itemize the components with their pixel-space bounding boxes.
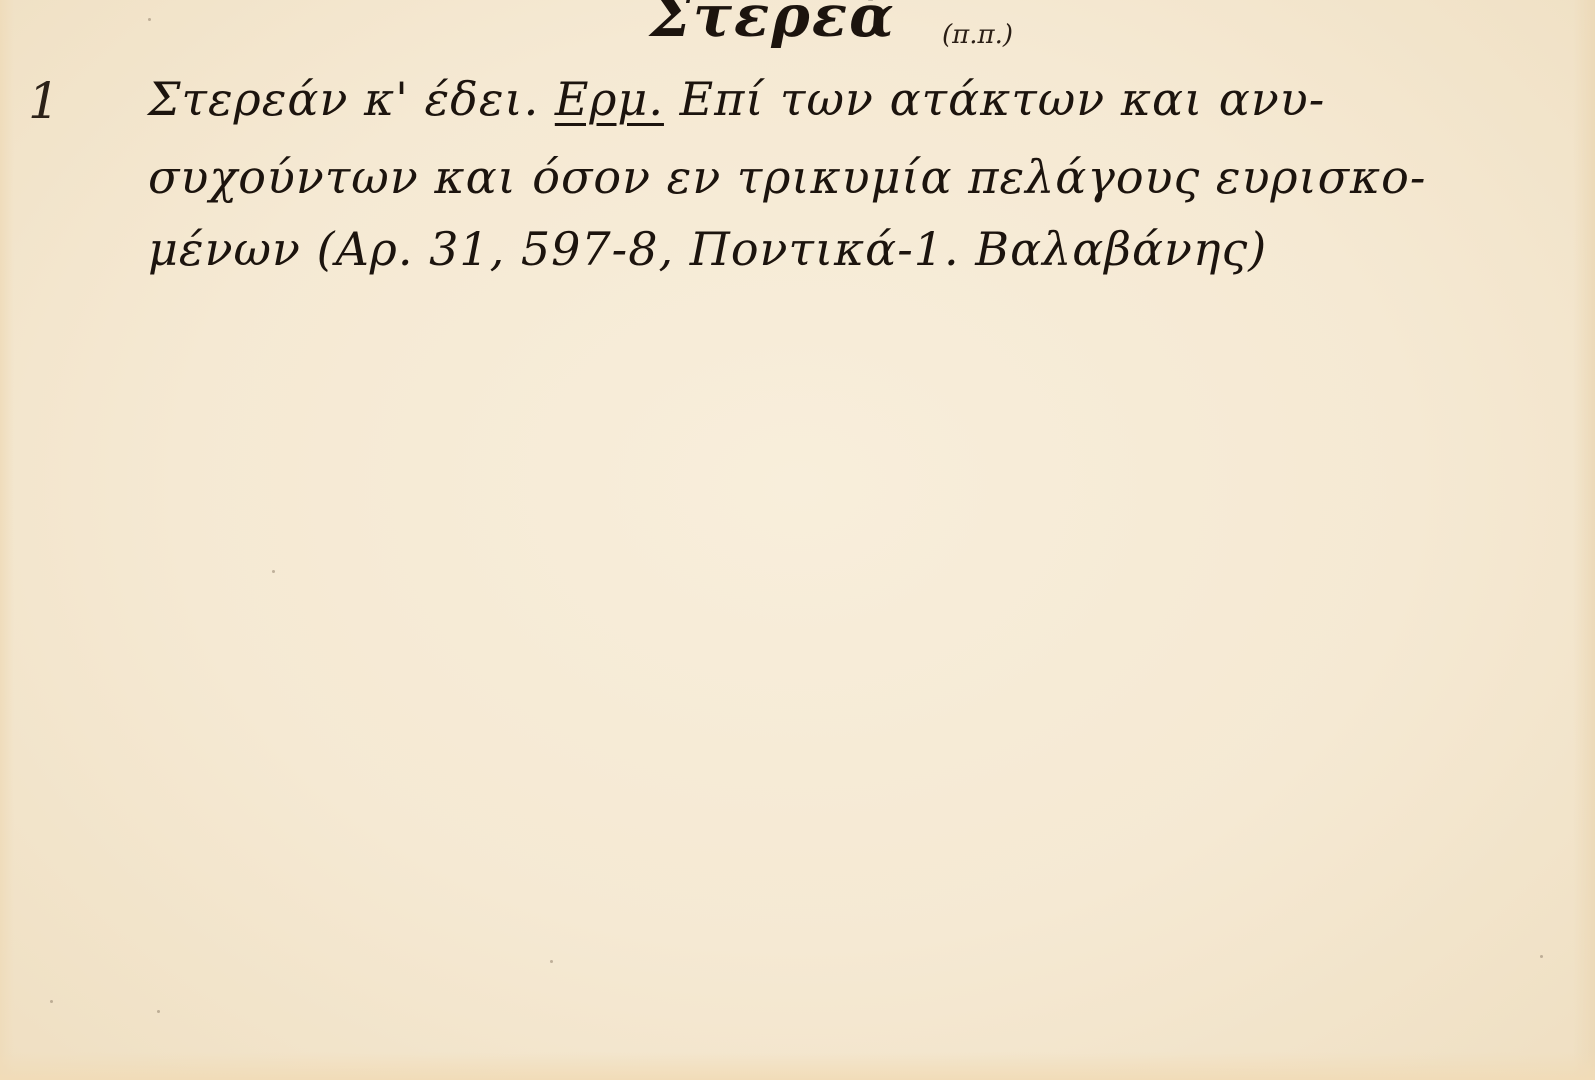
- card-edge-bottom: [0, 1052, 1595, 1080]
- paper-speck: [157, 1010, 160, 1013]
- card-edge-right: [1573, 0, 1595, 1080]
- entry-line-2: συχούντων και όσον εν τρικυμία πελάγους …: [148, 150, 1426, 204]
- index-card: Στερεά (π.π.) 1 Στερεάν κ' έδει. Ερμ. Επ…: [0, 0, 1595, 1080]
- paper-speck: [272, 570, 275, 573]
- paper-speck: [148, 18, 151, 21]
- paper-speck: [1540, 955, 1543, 958]
- entry-line-3-source: μένων (Αρ. 31, 597-8, Ποντικά-1. Βαλαβάν…: [148, 222, 1267, 276]
- card-heading: Στερεά: [650, 0, 896, 50]
- entry-phrase: Στερεάν κ' έδει.: [148, 72, 539, 126]
- card-edge-left: [0, 0, 14, 1080]
- entry-line-1: Στερεάν κ' έδει. Ερμ. Επί των ατάκτων κα…: [148, 72, 1325, 126]
- entry-gloss: Επί των ατάκτων και ανυ-: [680, 72, 1326, 126]
- heading-note: (π.π.): [942, 20, 1013, 50]
- paper-speck: [550, 960, 553, 963]
- entry-number: 1: [28, 72, 60, 130]
- interpretation-abbr: Ερμ.: [555, 72, 664, 126]
- paper-speck: [50, 1000, 53, 1003]
